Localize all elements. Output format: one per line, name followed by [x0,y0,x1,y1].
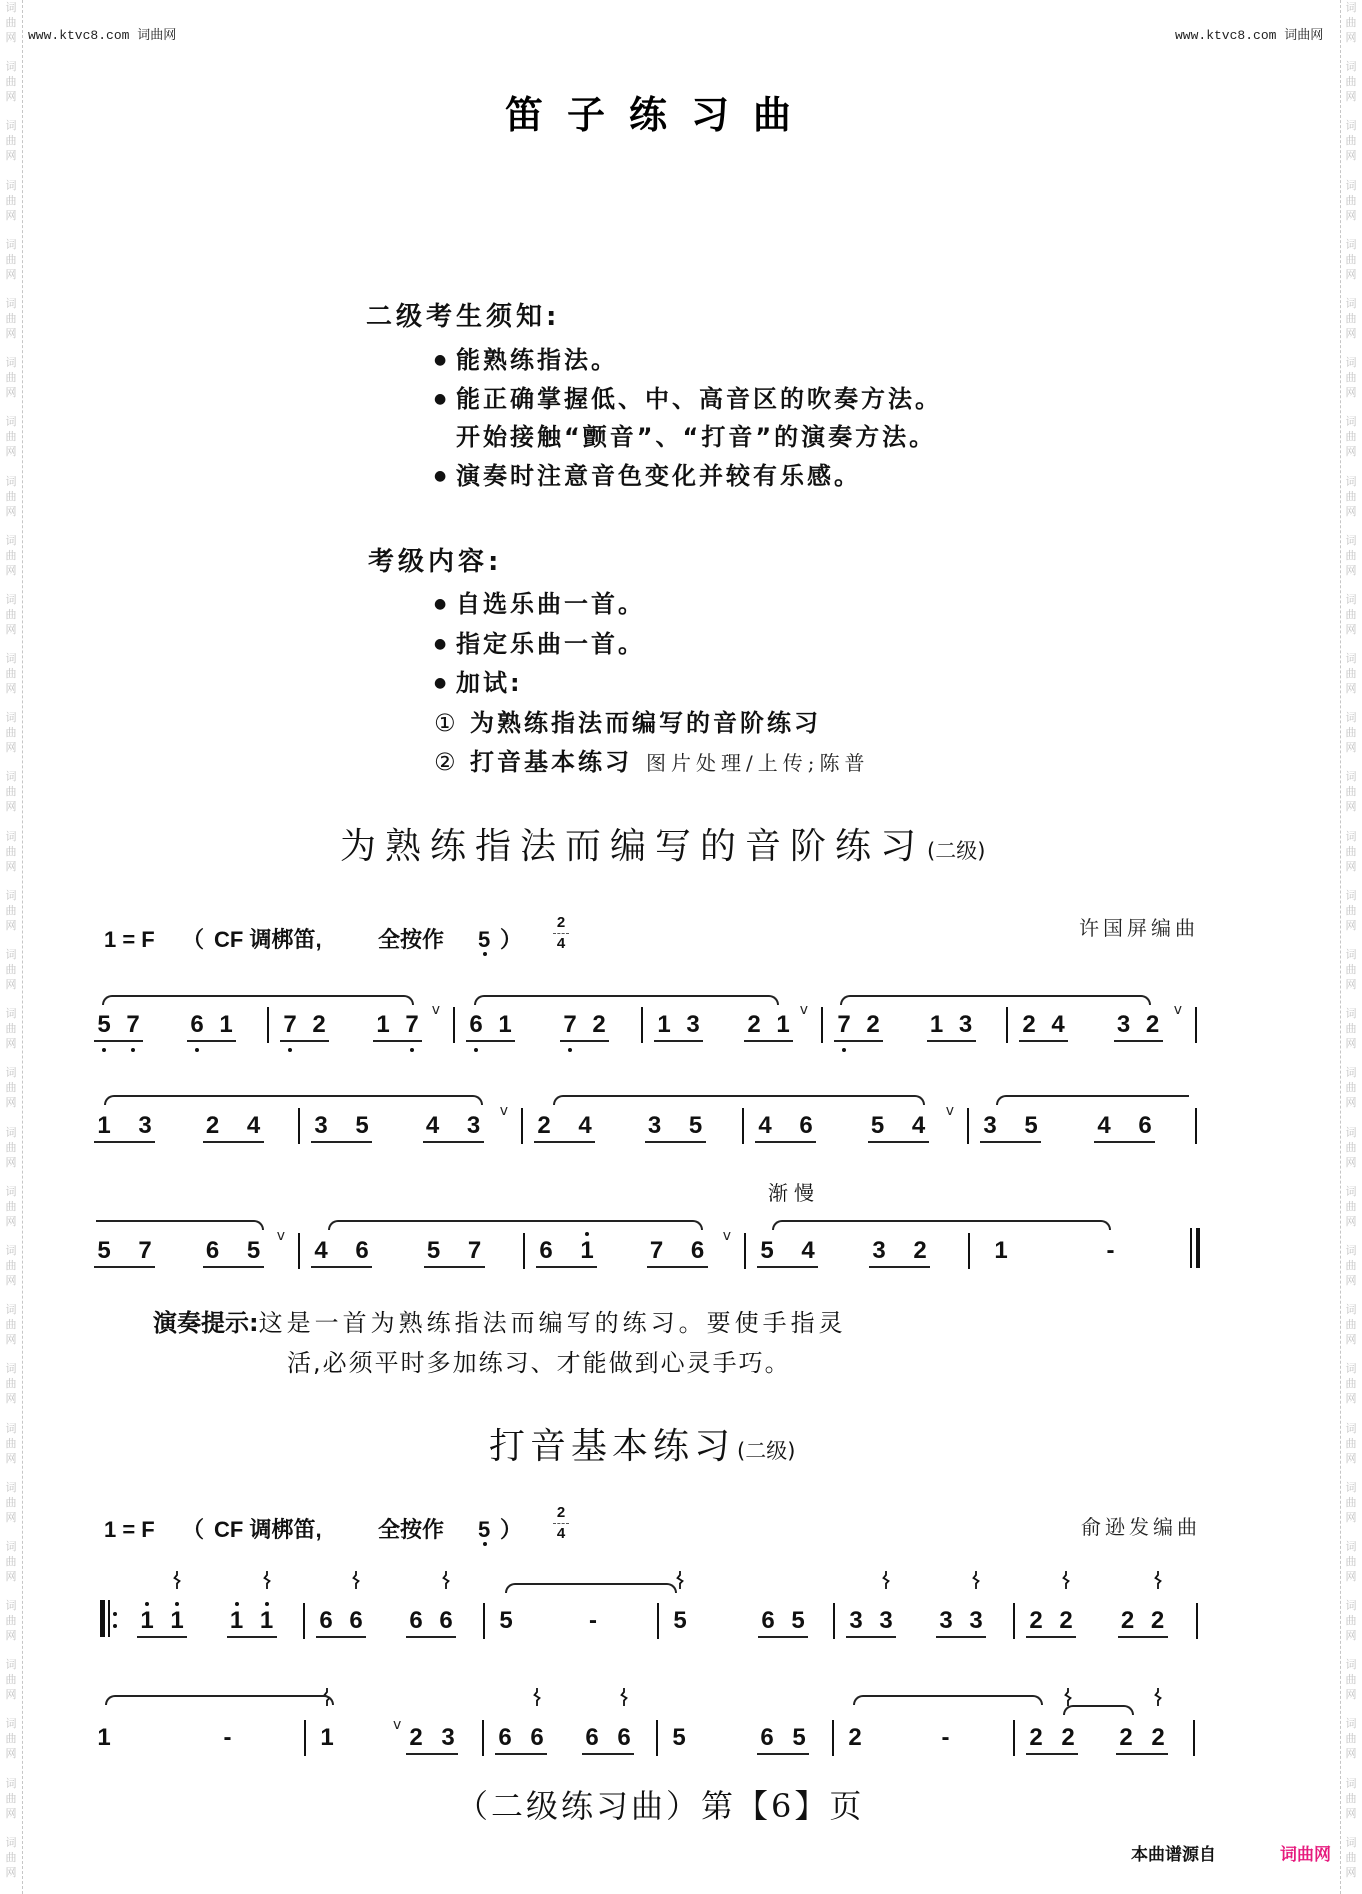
note-group: 5 [669,1726,689,1753]
underlined-note-group: 43 [423,1114,484,1143]
note-digit: 5 [499,1607,512,1634]
dayin-mark-icon [972,1570,980,1588]
underlined-note-group: 21 [744,1013,793,1042]
exam-content-item-text: 打音基本练习 [470,743,632,783]
watermark-char: 网 [1346,30,1357,45]
note-digit: 2 [1022,1011,1035,1038]
note: 2 [1151,1726,1165,1750]
dayin-mark-icon [1062,1570,1070,1588]
watermark-char: 词 [6,1657,17,1672]
watermark-char: 网 [1346,918,1357,933]
beat: 13 [915,1013,1008,1037]
watermark-char: 曲 [6,1554,17,1569]
note: 5 [1024,1114,1038,1138]
note: 6 [206,1239,220,1263]
low-octave-dot [483,1542,487,1546]
note: 2 [1022,1013,1036,1037]
watermark-group: 词曲网 [6,533,17,592]
note-digit: 4 [426,1112,439,1139]
watermark-char: 网 [1346,1391,1357,1406]
underlined-note-group: 54 [757,1239,818,1268]
low-octave-dot [842,1048,846,1052]
beat: 54 [745,1239,857,1263]
note: 7 [405,1013,419,1037]
watermark-group: 词曲网 [6,947,17,1006]
note-digit: 1 [994,1237,1007,1264]
note: 2 [848,1726,862,1750]
measure: 565 [658,1609,834,1633]
underlined-note-group: 22 [1026,1726,1078,1755]
watermark-group: 词曲网 [6,829,17,888]
watermark-char: 词 [1346,769,1357,784]
exam-content-item-text: 指定乐曲一首。 [456,625,645,665]
beat: 11 [125,1609,215,1633]
note-digit: 5 [760,1237,773,1264]
watermark-char: 曲 [1346,429,1357,444]
final-bar-thick [1196,1228,1200,1268]
bullet-icon: ● [434,585,456,625]
watermark-char: 词 [6,829,17,844]
key-paren-close: ） [500,928,522,952]
watermark-group: 词曲网 [1346,592,1357,651]
note: 2 [1061,1726,1075,1750]
watermark-char: 网 [1346,208,1357,223]
bar-line [1193,1720,1195,1756]
note-digit: 2 [312,1011,325,1038]
note-digit: 6 [409,1607,422,1634]
piece1-level: (二级) [927,839,985,863]
watermark-char: 网 [1346,681,1357,696]
watermark-char: 曲 [6,1376,17,1391]
note-digit: 3 [872,1237,885,1264]
note: 6 [530,1726,544,1750]
piece1-title-text: 为熟练指法而编写的音阶练习 [340,826,925,867]
note: 5 [355,1114,369,1138]
note-digit: 3 [1117,1011,1130,1038]
low-octave-dot [568,1048,572,1052]
watermark-char: 曲 [6,1791,17,1806]
note-digit: 6 [760,1724,773,1751]
note-digit: 3 [441,1724,454,1751]
watermark-char: 网 [6,208,17,223]
measure: 3546 [968,1114,1196,1138]
beat: 2 [833,1726,924,1750]
breath-mark-icon: v [277,1229,285,1243]
note-digit: 2 [848,1724,861,1751]
watermark-char: 曲 [1346,252,1357,267]
watermark-char: 网 [1346,1451,1357,1466]
watermark-char: 词 [1346,1421,1357,1436]
watermark-group: 词曲网 [1346,178,1357,237]
note: 1 [170,1609,184,1633]
watermark-char: 词 [6,296,17,311]
piece2-level: (二级) [737,1439,795,1463]
note: 7 [837,1013,851,1037]
note-digit: 1 [260,1607,273,1634]
breath-mark-icon: v [393,1718,401,1732]
bullet-icon: ● [434,341,456,380]
underlined-note-group: 61 [466,1013,515,1042]
note: 2 [1059,1609,1073,1633]
watermark-char: 曲 [1346,370,1357,385]
note-digit: 7 [468,1237,481,1264]
note-digit: 2 [537,1112,550,1139]
breath-mark-icon: v [946,1104,954,1118]
watermark-group: 词曲网 [1346,1302,1357,1361]
time-signature: 24 [553,915,569,951]
underlined-note-group: v23 [406,1726,458,1755]
key-fingering: 全按作 [378,928,444,952]
note-digit: 6 [190,1011,203,1038]
note: 6 [585,1726,599,1750]
note-digit: 1 [930,1011,943,1038]
watermark-char: 网 [1346,799,1357,814]
watermark-char: 网 [6,385,17,400]
beat: 57 [82,1239,191,1263]
low-octave-dot [474,1048,478,1052]
beat: 1 [82,1726,182,1750]
watermark-group: 词曲网 [1346,1421,1357,1480]
measure: 2435 [522,1114,743,1138]
note-digit: 1 [230,1607,243,1634]
measure: 1- [82,1726,305,1750]
watermark-group: 词曲网 [1346,947,1357,1006]
dayin-mark-icon [1064,1687,1072,1705]
beat: 61 [454,1013,548,1037]
beat: 66 [483,1726,570,1750]
watermark-group: 词曲网 [6,474,17,533]
note-digit: 6 [761,1607,774,1634]
watermark-char: 曲 [6,429,17,444]
final-bar-thin [1190,1228,1192,1268]
note-digit: 5 [97,1237,110,1264]
beat: 35 [968,1114,1082,1138]
watermark-group: 词曲网 [1346,118,1357,177]
beat: 66 [570,1726,657,1750]
watermark-char: 曲 [6,666,17,681]
underlined-note-group: 17 [373,1013,422,1042]
underlined-note-group: 61 [187,1013,236,1042]
measure: 6172 [454,1013,642,1037]
watermark-char: 网 [6,1569,17,1584]
note: 2 [1029,1609,1043,1633]
note-digit: 1 [320,1724,333,1751]
dayin-mark-icon [352,1570,360,1588]
watermark-char: 网 [1346,444,1357,459]
note-digit: 2 [409,1724,422,1751]
beat: 5 [657,1726,745,1750]
beat: 35 [633,1114,744,1138]
watermark-char: 词 [1346,118,1357,133]
note: 3 [939,1609,953,1633]
time-numerator: 2 [553,1505,569,1520]
tempo-marking: 渐慢 [768,1182,820,1204]
note: 1 [580,1239,594,1263]
beat: 61 [175,1013,268,1037]
dayin-mark-icon [533,1687,541,1705]
watermark-group: 词曲网 [6,1361,17,1420]
note-digit: 5 [355,1112,368,1139]
note: 6 [190,1013,204,1037]
note-digit: 3 [467,1112,480,1139]
note: 1 [776,1013,790,1037]
note: 7 [468,1239,482,1263]
note: 4 [801,1239,815,1263]
watermark-group: 词曲网 [6,651,17,710]
dayin-mark-icon [263,1570,271,1588]
source-site-name: 词曲网 [1280,1845,1331,1865]
exam-content-item-text: 自选乐曲一首。 [456,585,645,625]
watermark-group: 词曲网 [1346,1480,1357,1539]
note-digit: 6 [319,1607,332,1634]
site-header-left: www.ktvc8.com 词曲网 [28,28,176,44]
exam-content-item: ①为熟练指法而编写的音阶练习 [434,704,869,744]
beat: - [1089,1239,1199,1263]
key-flute-type: CF 调梆笛, [214,928,322,952]
watermark-group: 词曲网 [1346,59,1357,118]
watermark-char: 词 [1346,237,1357,252]
source-label: 本曲谱源自 [1131,1845,1216,1865]
note-digit: 7 [126,1011,139,1038]
measure: 2432v [1007,1013,1196,1037]
watermark-char: 网 [1346,385,1357,400]
note: 2 [866,1013,880,1037]
note: 4 [314,1239,328,1263]
note-group: - [218,1726,238,1753]
note-digit: 1 [580,1237,593,1264]
note-digit: 5 [673,1607,686,1634]
watermark-group: 词曲网 [6,710,17,769]
bar-line [1195,1007,1197,1043]
watermark-char: 网 [6,1391,17,1406]
watermark-char: 词 [6,1835,17,1850]
note-digit: 5 [871,1112,884,1139]
bullet-icon: ● [434,457,456,496]
note-digit: 1 [97,1724,110,1751]
watermark-char: 曲 [1346,133,1357,148]
note: 6 [1138,1114,1152,1138]
watermark-char: 词 [6,769,17,784]
watermark-char: 词 [1346,1065,1357,1080]
watermark-group: 词曲网 [1346,414,1357,473]
piece1-title: 为熟练指法而编写的音阶练习(二级) [340,826,985,872]
sustain-dash: - [221,1726,235,1750]
beat: 33 [834,1609,924,1633]
notice-item: 开始接触“颤音”、“打音”的演奏方法。 [434,418,942,457]
beat: 22 [1014,1609,1106,1633]
note: 1 [140,1609,154,1633]
notice-item: ●能正确掌握低、中、高音区的吹奏方法。 [434,380,942,419]
note-digit: 4 [578,1112,591,1139]
note: 3 [879,1609,893,1633]
note-digit: 6 [530,1724,543,1751]
upload-credit: 图片处理/上传;陈普 [646,751,869,775]
watermark-char: 词 [1346,414,1357,429]
underlined-note-group: 66 [582,1726,634,1755]
note: 4 [758,1114,772,1138]
watermark-char: 曲 [1346,1554,1357,1569]
note-digit: 7 [837,1011,850,1038]
low-octave-dot [195,1048,199,1052]
note: 6 [469,1013,483,1037]
time-denominator: 4 [553,936,569,951]
watermark-char: 网 [6,622,17,637]
watermark-char: 网 [6,1273,17,1288]
key-tonic: 1 = F [104,928,155,952]
beat: 66 [304,1609,394,1633]
watermark-char: 曲 [6,548,17,563]
watermark-char: 曲 [1346,725,1357,740]
note-digit: 6 [439,1607,452,1634]
exam-content-item-text: 为熟练指法而编写的音阶练习 [470,704,821,744]
high-octave-dot [145,1602,149,1606]
watermark-group: 词曲网 [1346,533,1357,592]
note: 3 [983,1114,997,1138]
note-digit: 2 [1029,1607,1042,1634]
note: 5 [97,1239,111,1263]
note: 4 [578,1114,592,1138]
note: 1 [320,1726,334,1750]
note: 2 [1119,1726,1133,1750]
underlined-note-group: 46 [755,1114,816,1143]
watermark-char: 网 [6,681,17,696]
watermark-char: 网 [6,89,17,104]
exam-content-list: ●自选乐曲一首。 ●指定乐曲一首。 ●加试: ①为熟练指法而编写的音阶练习 ②打… [434,585,869,783]
note-digit: 1 [97,1112,110,1139]
watermark-group: 词曲网 [6,1776,17,1835]
underlined-note-group: 57 [94,1239,155,1268]
watermark-char: 网 [6,1806,17,1821]
watermark-char: 词 [1346,651,1357,666]
note-digit: 7 [138,1237,151,1264]
watermark-group: 词曲网 [6,178,17,237]
underlined-note-group: 46 [311,1239,372,1268]
note-digit: 6 [691,1237,704,1264]
note: 1 [930,1013,944,1037]
note-digit: 5 [689,1112,702,1139]
notice-item-text: 开始接触“颤音”、“打音”的演奏方法。 [456,418,936,457]
note-group: 2 [845,1726,865,1753]
note: 4 [426,1114,440,1138]
beat: 65 [746,1609,834,1633]
low-octave-dot [410,1048,414,1052]
underlined-note-group: 32 [869,1239,930,1268]
watermark-char: 网 [6,326,17,341]
notice-item-text: 能正确掌握低、中、高音区的吹奏方法。 [456,380,942,419]
watermark-char: 网 [6,30,17,45]
repeat-thick-bar [100,1600,105,1637]
note-digit: 4 [1051,1011,1064,1038]
watermark-group: 词曲网 [6,355,17,414]
watermark-char: 网 [1346,563,1357,578]
watermark-char: 网 [1346,1806,1357,1821]
piece1-key-signature: 1 = F （ CF 调梆笛, 全按作 5 ） 24 [0,928,800,952]
watermark-char: 网 [6,799,17,814]
watermark-char: 词 [6,1184,17,1199]
beat: 61 [524,1239,635,1263]
note: 5 [672,1726,686,1750]
note: 1 [498,1013,512,1037]
watermark-group: 词曲网 [1346,1539,1357,1598]
low-octave-dot [102,1048,106,1052]
score-row: 13243543v24354654v3546 [0,1114,1362,1138]
watermark-char: 词 [1346,1361,1357,1376]
dayin-mark-icon [620,1687,628,1705]
watermark-char: 词 [6,1065,17,1080]
note: 6 [355,1239,369,1263]
high-octave-dot [585,1232,589,1236]
note: 6 [409,1609,423,1633]
exam-content-item: ②打音基本练习图片处理/上传;陈普 [434,743,869,783]
note-digit: 2 [1146,1011,1159,1038]
note: 1 [219,1013,233,1037]
watermark-group: 词曲网 [1346,1361,1357,1420]
note: 7 [126,1013,140,1037]
note: 3 [872,1239,886,1263]
note: 2 [312,1013,326,1037]
note: 2 [206,1114,220,1138]
key-flute-type: CF 调梆笛, [214,1518,322,1542]
sheet-music-page: 词曲网词曲网词曲网词曲网词曲网词曲网词曲网词曲网词曲网词曲网词曲网词曲网词曲网词… [0,0,1362,1894]
key-tonic: 1 = F [104,1518,155,1542]
beat: 57 [82,1013,175,1037]
note: 7 [563,1013,577,1037]
watermark-char: 词 [6,888,17,903]
underlined-note-group: 66 [316,1609,366,1638]
exam-content-item-text: 加试: [456,664,523,704]
bullet-icon: ● [434,625,456,665]
measure: 6666 [304,1609,484,1633]
note: 6 [761,1609,775,1633]
low-octave-dot [131,1048,135,1052]
measure: 3543v [299,1114,522,1138]
note-digit: 7 [405,1011,418,1038]
underlined-note-group: 61 [536,1239,597,1268]
watermark-char: 网 [6,563,17,578]
note-digit: 2 [1151,1607,1164,1634]
time-numerator: 2 [553,915,569,930]
watermark-char: 曲 [6,962,17,977]
beat: v23 [394,1726,483,1750]
watermark-char: 曲 [6,1495,17,1510]
note: 1 [260,1609,274,1633]
note: 5 [871,1114,885,1138]
note-digit: 3 [686,1011,699,1038]
note: 3 [314,1114,328,1138]
watermark-char: 网 [6,1451,17,1466]
exam-content-heading: 考级内容: [368,546,502,578]
slur [328,1220,703,1230]
note-digit: 6 [1138,1112,1151,1139]
watermark-char: 网 [1346,859,1357,874]
watermark-group: 词曲网 [1346,296,1357,355]
note-digit: 6 [469,1011,482,1038]
watermark-char: 曲 [6,903,17,918]
note-digit: 3 [939,1607,952,1634]
note: 3 [959,1013,973,1037]
page-title: 笛子练习曲 [505,93,815,137]
watermark-char: 网 [1346,1036,1357,1051]
slur [553,1095,925,1105]
page-number-label: （二级练习曲）第【6】页 [456,1787,864,1825]
watermark-char: 曲 [1346,1791,1357,1806]
dayin-mark-icon [442,1570,450,1588]
watermark-char: 曲 [1346,666,1357,681]
watermark-char: 词 [1346,829,1357,844]
note: 5 [791,1609,805,1633]
watermark-char: 曲 [1346,1436,1357,1451]
note: 6 [617,1726,631,1750]
